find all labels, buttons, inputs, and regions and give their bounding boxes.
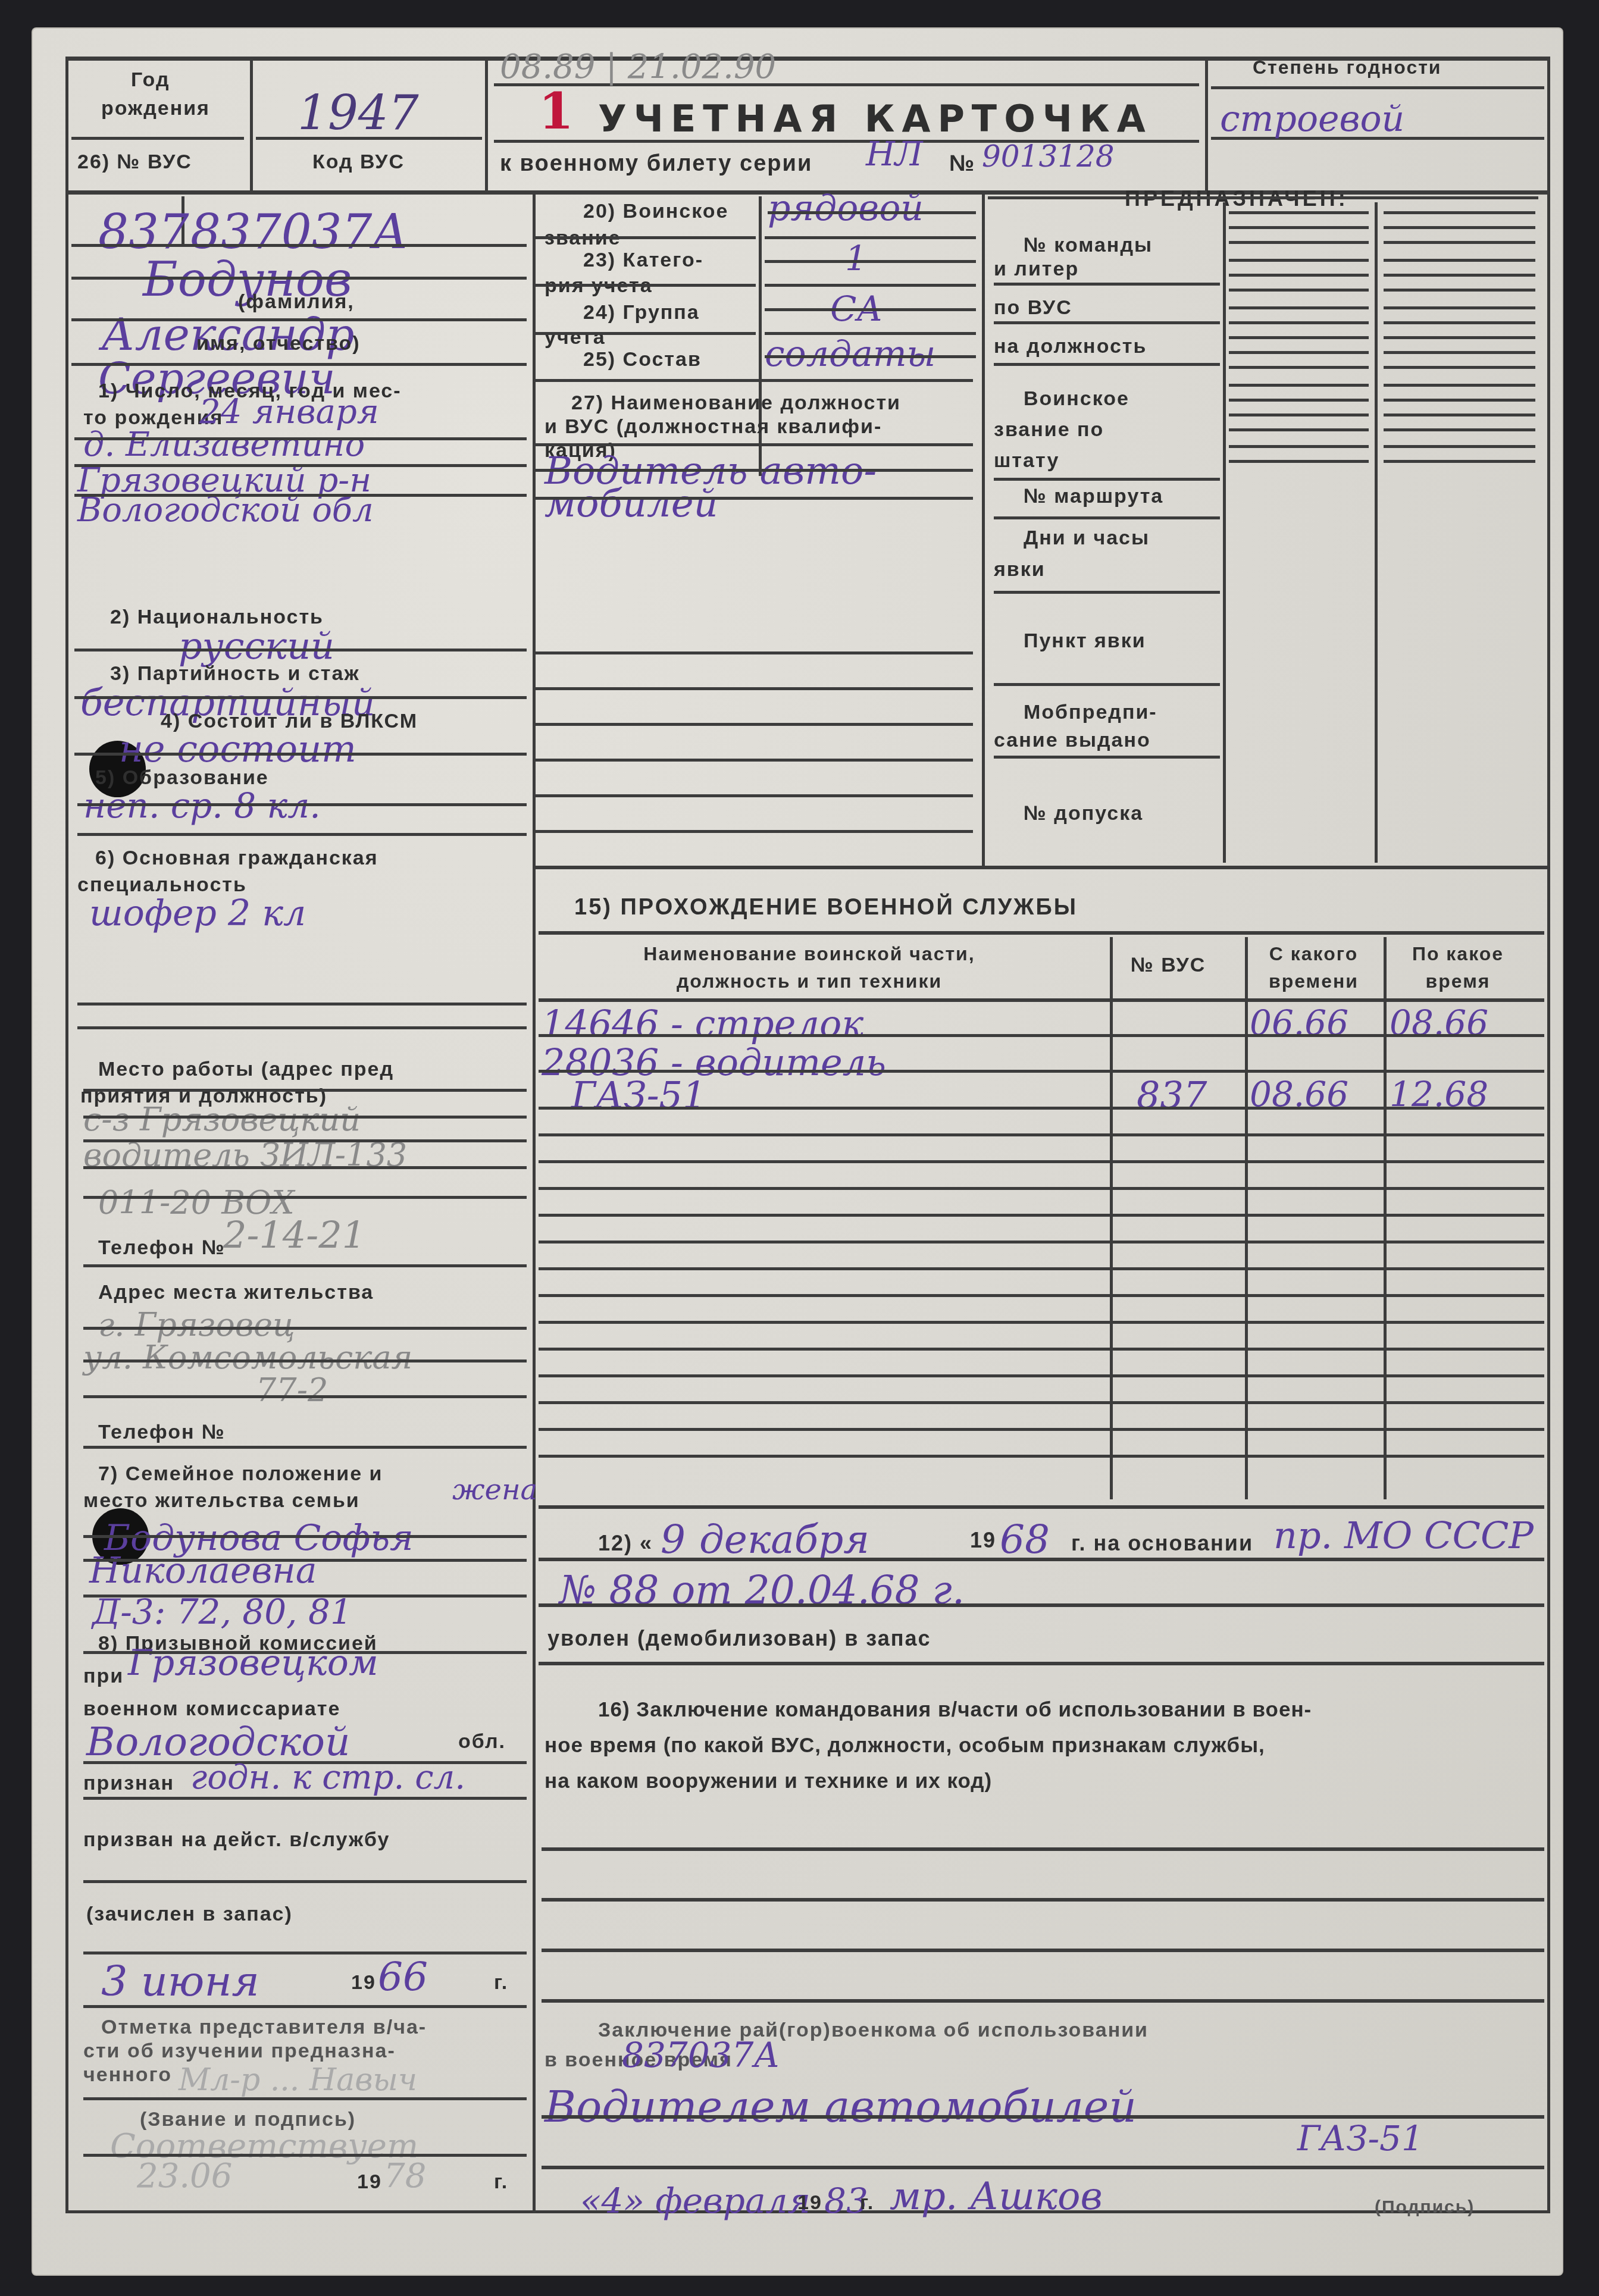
home-phone-label: Телефон №	[98, 1419, 226, 1446]
divider	[994, 283, 1220, 286]
rank-value: рядовой	[768, 190, 924, 226]
assigned-access: № допуска	[1024, 800, 1143, 828]
call-date: 3 июня	[101, 1960, 259, 2002]
divider	[83, 1196, 527, 1199]
divider	[994, 516, 1220, 519]
vus-no-value: 837	[98, 208, 189, 256]
divider	[485, 57, 488, 193]
birth-year-label-2: рождения	[101, 95, 210, 123]
divider	[83, 1595, 527, 1598]
divider	[536, 379, 973, 382]
divider	[539, 1107, 1544, 1110]
divider	[77, 803, 527, 806]
work-value-1: с-з Грязовецкий	[83, 1104, 361, 1136]
mark-year-suffix: г.	[494, 2169, 508, 2196]
divider	[988, 196, 1538, 199]
composition-value: солдаты	[765, 336, 936, 372]
divider	[539, 1070, 1544, 1073]
divider	[77, 1026, 527, 1029]
commissar-signature: мр. Ашков	[890, 2178, 1103, 2216]
ticket-no: 9013128	[982, 142, 1115, 171]
work-phone-value: 2-14-21	[223, 1217, 365, 1254]
recognized-value: годн. к стр. сл.	[190, 1761, 465, 1794]
divider	[74, 649, 527, 651]
divider	[539, 1558, 1544, 1561]
divider	[765, 236, 976, 239]
assigned-rank-1: Воинское	[1024, 386, 1129, 413]
reserve-label: (зачислен в запас)	[86, 1901, 293, 1928]
discharge-result: уволен (демобилизован) в запас	[547, 1624, 931, 1653]
divider	[542, 1999, 1544, 2003]
position-value-2: мобилей	[545, 485, 718, 523]
specialty-value: шофер 2 кл	[89, 895, 306, 931]
birth-date: 24 января	[199, 396, 379, 429]
birth-year-value: 1947	[298, 89, 419, 137]
mark-year: 78	[384, 2160, 426, 2193]
work-phone-label: Телефон №	[98, 1235, 226, 1262]
divider	[542, 1949, 1544, 1952]
address-label: Адрес места жительства	[98, 1279, 374, 1307]
divider	[71, 318, 527, 321]
commissar-value: Водителем автомобилей	[545, 2085, 1137, 2128]
divider	[83, 1559, 527, 1562]
divider	[765, 284, 976, 287]
divider	[539, 1662, 1544, 1665]
divider	[536, 759, 973, 762]
composition-label: 25) Состав	[583, 346, 702, 374]
service-col-from: С какого времени	[1250, 940, 1378, 995]
assigned-mob-2: сание выдано	[994, 727, 1151, 754]
family-value-3: Николаевна	[89, 1553, 317, 1589]
command-label-2: ное время (по какой ВУС, должности, особ…	[545, 1731, 1265, 1759]
command-label-3: на каком вооружении и технике и их код)	[545, 1767, 992, 1795]
specialty-label-1: 6) Основная гражданская	[95, 845, 378, 872]
service-title: 15) ПРОХОЖДЕНИЕ ВОЕННОЙ СЛУЖБЫ	[574, 892, 1078, 923]
divider	[83, 2005, 527, 2008]
mark-label-1: Отметка представителя в/ча-	[101, 2014, 427, 2041]
fitness-value: строевой	[1220, 101, 1404, 137]
divider	[536, 332, 756, 335]
divider	[83, 1139, 527, 1142]
divider	[77, 1003, 527, 1006]
call-year: 66	[378, 1957, 428, 1997]
divider	[1223, 202, 1226, 863]
divider	[1384, 937, 1387, 1499]
divider	[250, 57, 253, 193]
commissar-vehicle: ГАЗ-51	[1297, 2121, 1423, 2156]
divider	[536, 469, 973, 472]
ticket-series: НЛ	[866, 138, 923, 171]
discharge-day: 9	[661, 1520, 686, 1559]
divider	[71, 137, 244, 140]
birth-place-1: д. Елизаветино	[83, 428, 365, 462]
vus-code-value: 837037А	[190, 208, 408, 256]
divider	[83, 1264, 527, 1267]
work-label-1: Место работы (адрес пред	[98, 1056, 394, 1083]
divider	[536, 236, 756, 239]
divider	[994, 363, 1220, 366]
divider	[83, 1952, 527, 1954]
divider	[71, 363, 527, 366]
divider	[768, 211, 976, 214]
category-label-1: 23) Катего-	[583, 247, 703, 274]
divider	[536, 830, 973, 833]
divider	[765, 355, 976, 358]
divider	[77, 833, 527, 836]
draft-obl-label: обл.	[458, 1728, 506, 1756]
divider	[83, 1327, 527, 1330]
discharge-year: 68	[1000, 1520, 1050, 1559]
pencil-dates: 08.89 | 21.02.90	[500, 51, 776, 84]
assigned-vus: по ВУС	[994, 295, 1072, 322]
komsomol-value: не состоит	[119, 731, 356, 768]
divider	[74, 437, 527, 440]
birth-year-label-1: Год	[131, 67, 170, 94]
assigned-days-2: явки	[994, 556, 1046, 584]
position-label-2: и ВУС (должностная квалифи-	[545, 414, 882, 441]
divider	[83, 1166, 527, 1169]
divider	[765, 308, 976, 311]
divider	[83, 1395, 527, 1398]
divider	[536, 443, 973, 446]
divider	[1110, 937, 1113, 1499]
divider	[539, 1603, 1544, 1607]
divider	[536, 794, 973, 797]
service-col-vus: № ВУС	[1131, 952, 1206, 979]
divider	[542, 1898, 1544, 1902]
assigned-days-1: Дни и часы	[1024, 525, 1150, 552]
assigned-mob-1: Мобпредпи-	[1024, 699, 1157, 726]
divider	[83, 1360, 527, 1362]
address-value-3: 77-2	[256, 1374, 328, 1407]
mark-signature: Мл-р ... Навыч	[179, 2065, 417, 2095]
discharge-basis-1: пр. МО СССР	[1273, 1517, 1534, 1554]
family-value-1: жена	[452, 1476, 537, 1504]
mark-label-3: ченного	[83, 2062, 172, 2089]
discharge-basis-label: г. на основании	[1071, 1529, 1253, 1558]
divider	[83, 1880, 527, 1883]
call-year-prefix: 19	[351, 1969, 376, 1997]
commissar-year-prefix: 19	[797, 2189, 822, 2217]
divider	[1375, 202, 1378, 863]
family-value-4: Д-3: 72, 80, 81	[92, 1595, 352, 1629]
discharge-prefix: 12) «	[598, 1529, 653, 1558]
divider	[539, 1034, 1544, 1037]
assigned-route: № маршрута	[1024, 483, 1163, 510]
address-value-1: г. Грязовец	[98, 1309, 295, 1341]
commissar-date: «4» февраля	[580, 2184, 811, 2218]
divider	[83, 1797, 527, 1800]
ticket-no-label: №	[949, 149, 975, 179]
divider	[539, 931, 1544, 935]
birth-place-3: Вологодской обл	[77, 494, 374, 527]
divider	[1245, 937, 1248, 1499]
mark-label-2: сти об изучении предназна-	[83, 2038, 396, 2065]
draft-region-value: Вологодской	[86, 1722, 351, 1762]
address-value-2: ул. Комсомольская	[83, 1342, 412, 1374]
card-number: 1	[539, 86, 574, 137]
divider	[83, 1446, 527, 1449]
divider	[74, 464, 527, 467]
assigned-rank-3: штату	[994, 447, 1059, 475]
divider	[1211, 86, 1544, 89]
divider	[83, 1089, 527, 1092]
family-label-1: 7) Семейное положение и	[98, 1461, 383, 1488]
divider	[765, 260, 976, 263]
recognized-label: признан	[83, 1770, 174, 1797]
service-col-unit: Наименование воинской части, должность и…	[601, 940, 1018, 995]
command-label-1: 16) Заключение командования в/части об и…	[598, 1696, 1312, 1724]
divider	[1205, 57, 1208, 193]
divider	[536, 687, 973, 690]
discharge-year-prefix: 19	[970, 1526, 996, 1555]
divider	[542, 2166, 1544, 2169]
divider	[83, 2097, 527, 2100]
divider	[536, 866, 1547, 869]
call-year-suffix: г.	[494, 1969, 508, 1997]
divider	[71, 277, 527, 280]
mark-year-prefix: 19	[357, 2169, 382, 2196]
divider	[994, 756, 1220, 759]
vus-code-label: Код ВУС	[312, 149, 405, 176]
divider	[536, 723, 973, 726]
nationality-value: русский	[179, 628, 334, 665]
divider	[536, 651, 973, 654]
divider	[83, 1535, 527, 1538]
divider	[994, 478, 1220, 481]
fitness-label: Степень годности	[1253, 55, 1442, 80]
commissar-year-suffix: г.	[860, 2189, 874, 2217]
divider	[536, 284, 756, 287]
divider	[982, 193, 985, 866]
category-value: 1	[845, 241, 867, 275]
divider	[74, 494, 527, 497]
divider	[994, 591, 1220, 594]
draft-commission-value: Грязовецком	[128, 1645, 378, 1681]
group-label-1: 24) Группа	[583, 299, 700, 327]
divider	[994, 321, 1220, 324]
mark-date: 23.06	[137, 2160, 232, 2193]
divider	[539, 1505, 1544, 1509]
service-col-to: По какое время	[1390, 940, 1526, 995]
assigned-point: Пункт явки	[1024, 628, 1146, 655]
divider	[83, 1116, 527, 1119]
divider	[542, 1847, 1544, 1851]
divider	[994, 683, 1220, 686]
assigned-command-1: № команды	[1024, 232, 1153, 259]
divider	[536, 497, 973, 500]
rank-label-1: 20) Воинское	[583, 198, 729, 225]
called-label: призван на дейст. в/службу	[83, 1827, 390, 1854]
discharge-month: декабря	[699, 1520, 869, 1559]
assigned-position: на должность	[994, 333, 1147, 361]
signature-label: (Подпись)	[1375, 2195, 1475, 2220]
position-label-1: 27) Наименование должности	[571, 390, 901, 417]
assigned-rank-2: звание по	[994, 416, 1104, 444]
commissar-code: 837037А	[622, 2038, 780, 2072]
draft-label-2: при	[83, 1663, 124, 1690]
vus-no-label: 26) № ВУС	[77, 149, 192, 176]
divider	[74, 753, 527, 756]
ticket-label: к военному билету серии	[500, 149, 812, 179]
divider	[71, 244, 527, 247]
divider	[74, 696, 527, 699]
assigned-command-2: и литер	[994, 256, 1079, 283]
